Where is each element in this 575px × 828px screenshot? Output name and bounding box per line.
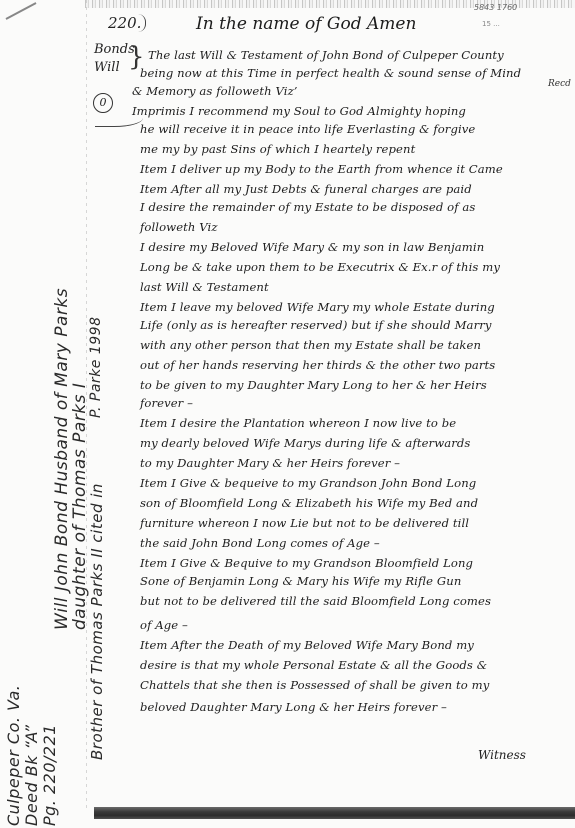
will-line: & Memory as followeth Viz’ — [132, 84, 298, 98]
will-line: Item I desire the Plantation whereon I n… — [140, 416, 456, 430]
will-line: Item I Give & bequeive to my Grandson Jo… — [140, 476, 476, 490]
will-line: Sone of Benjamin Long & Mary his Wife my… — [140, 574, 461, 588]
will-line: me my by past Sins of which I heartely r… — [140, 142, 415, 156]
note-line-3: Brother of Thomas Parks II cited in — [88, 483, 106, 760]
will-line: out of her hands reserving her thirds & … — [140, 358, 495, 372]
will-line: but not to be delivered till the said Bl… — [140, 594, 491, 608]
corner-note-small: 15 ... — [482, 20, 500, 28]
will-line: followeth Viz — [140, 220, 218, 234]
will-line: The last Will & Testament of John Bond o… — [148, 48, 504, 62]
will-line: son of Bloomfield Long & Elizabeth his W… — [140, 496, 478, 510]
will-line: Item I Give & Bequive to my Grandson Blo… — [140, 556, 473, 570]
citation-county: Culpeper Co. Va. — [4, 685, 23, 826]
will-line: to be given to my Daughter Mary Long to … — [140, 378, 487, 392]
side-label-will: Will — [94, 60, 120, 75]
right-margin-note: Recd — [548, 79, 571, 89]
will-line: to my Daughter Mary & her Heirs forever … — [140, 456, 400, 470]
will-line: I desire the remainder of my Estate to b… — [140, 200, 475, 214]
will-line: furniture whereon I now Lie but not to b… — [140, 516, 469, 530]
will-line: Item I leave my beloved Wife Mary my who… — [140, 300, 495, 314]
witness-label: Witness — [478, 748, 526, 762]
will-line: last Will & Testament — [140, 280, 269, 294]
note-line-2: daughter of Thomas Parks I — [70, 383, 90, 630]
will-line: Item I deliver up my Body to the Earth f… — [140, 162, 503, 176]
margin-annotation: Culpeper Co. Va. Deed Bk “A” Pg. 220/221… — [0, 0, 90, 828]
corner-note: 5843 1760 — [474, 3, 517, 12]
page-number: 220. — [108, 14, 146, 32]
will-line: the said John Bond Long comes of Age – — [140, 536, 380, 550]
will-line: my dearly beloved Wife Marys during life… — [140, 436, 470, 450]
document-page: Culpeper Co. Va. Deed Bk “A” Pg. 220/221… — [0, 0, 575, 828]
note-signature: P. Parke 1998 — [88, 317, 104, 419]
will-line: Long be & take upon them to be Executrix… — [140, 260, 500, 274]
will-line: he will receive it in peace into life Ev… — [140, 122, 475, 136]
will-line: of Age – — [140, 618, 188, 632]
will-line: with any other person that then my Estat… — [140, 338, 481, 352]
citation-deed-book: Deed Bk “A” — [22, 724, 41, 826]
will-line: being now at this Time in perfect health… — [140, 66, 521, 80]
copy-edge-bar — [94, 807, 575, 819]
will-line: Item After the Death of my Beloved Wife … — [140, 638, 474, 652]
will-line: I desire my Beloved Wife Mary & my son i… — [140, 240, 484, 254]
will-line: forever – — [140, 396, 193, 410]
will-line: Life (only as is hereafter reserved) but… — [140, 318, 492, 332]
citation-pages: Pg. 220/221 — [40, 724, 59, 826]
document-heading: In the name of God Amen — [196, 14, 416, 34]
will-line: beloved Daughter Mary Long & her Heirs f… — [140, 700, 447, 714]
will-line: Imprimis I recommend my Soul to God Almi… — [132, 104, 466, 118]
will-line: Chattels that she then is Possessed of s… — [140, 678, 489, 692]
circled-mark: 0 — [93, 93, 113, 113]
will-line: Item After all my Just Debts & funeral c… — [140, 182, 472, 196]
will-line: desire is that my whole Personal Estate … — [140, 658, 487, 672]
note-line-1: Will John Bond Husband of Mary Parks — [52, 288, 72, 630]
